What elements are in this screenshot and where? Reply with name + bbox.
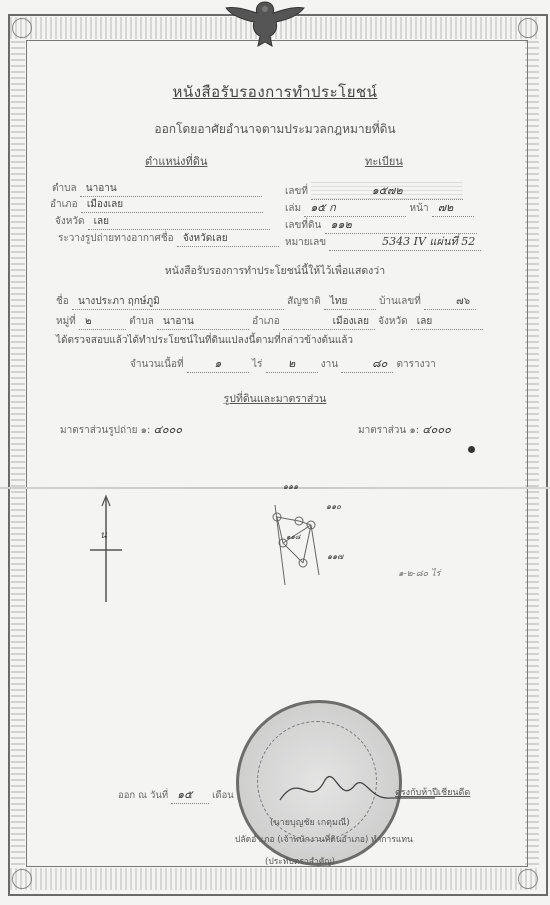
label: ออก ณ วันที่ — [118, 790, 168, 801]
issue-date-row: ออก ณ วันที่ ๑๕ เดือน — [118, 785, 234, 804]
plot-marker-label: ๑๑๘ — [286, 532, 300, 543]
land-plot-sketch — [255, 495, 375, 595]
tambon-value: นาอาน — [80, 181, 262, 197]
signature-scribble — [270, 760, 440, 820]
label: หมายเลข — [285, 237, 326, 248]
sheet-value: 5343 IV แผ่นที่ 52 — [329, 232, 481, 251]
owner-name-value: นางประภา ฤกษ์ภูมิ — [72, 294, 284, 310]
owner-address-row: หมู่ที่ ๒ ตำบล นาอาน อำเภอ เมืองเลย จังห… — [56, 314, 483, 330]
corner-ornament — [12, 869, 32, 889]
document-subtitle: ออกโดยอาศัยอำนาจตามประมวลกฎหมายที่ดิน — [0, 120, 550, 139]
label: สัญชาติ — [287, 296, 321, 307]
location-province-row: จังหวัด เลย — [55, 214, 270, 230]
owner-province-value: เลย — [411, 314, 483, 330]
rai-value: ๑ — [187, 354, 249, 373]
plot-marker-label: ๑๑๗ — [327, 550, 343, 563]
label: ชื่อ — [56, 296, 69, 307]
issue-day-value: ๑๕ — [171, 785, 209, 804]
garuda-emblem-icon — [222, 0, 308, 50]
north-arrow-icon — [88, 490, 128, 605]
label: เลขที่ — [285, 186, 308, 197]
register-sheet-row: หมายเลข 5343 IV แผ่นที่ 52 — [285, 232, 481, 251]
photo-value: จังหวัดเลย — [177, 231, 279, 247]
location-photo-row: ระวางรูปถ่ายทางอากาศชื่อ จังหวัดเลย — [58, 231, 279, 247]
label: เลขที่ดิน — [285, 220, 321, 231]
label: ตารางวา — [397, 359, 436, 370]
label: ไร่ — [252, 359, 262, 370]
house-no-value: ๗๖ — [424, 294, 476, 310]
label: ตำบล — [52, 183, 77, 194]
document-title: หนังสือรับรองการทำประโยชน์ — [0, 80, 550, 104]
label: หน้า — [410, 203, 429, 214]
paper-fold — [0, 487, 550, 489]
plot-marker-label: ๑๑๑ — [283, 480, 298, 493]
label: อำเภอ — [50, 199, 78, 210]
location-amphoe-row: อำเภอ เมืองเลย — [50, 197, 263, 213]
nationality-value: ไทย — [324, 294, 376, 310]
label: เดือน — [212, 790, 234, 801]
label: งาน — [321, 359, 338, 370]
wa-value: ๘๐ — [341, 354, 393, 373]
left-ornament-band — [11, 40, 25, 865]
ink-dot — [468, 446, 475, 453]
amphoe-value: เมืองเลย — [81, 197, 263, 213]
bottom-ornament-band — [10, 868, 540, 890]
certify-line: หนังสือรับรองการทำประโยชน์นี้ให้ไว้เพื่อ… — [0, 262, 550, 279]
statement: ได้ตรวจสอบแล้วได้ทำประโยชน์ในที่ดินแปลงน… — [56, 333, 353, 348]
corner-ornament — [12, 18, 32, 38]
label: อำเภอ — [252, 316, 280, 327]
owner-name-row: ชื่อ นางประภา ฤกษ์ภูมิ สัญชาติ ไทย บ้านเ… — [56, 294, 476, 310]
label: มาตราส่วน ๑: — [358, 425, 419, 436]
photo-scale-value: ๔๐๐๐ — [154, 423, 182, 436]
label: จังหวัด — [378, 316, 407, 327]
north-label: น — [100, 528, 107, 543]
location-tambon-row: ตำบล นาอาน — [52, 181, 262, 197]
area-row: จำนวนเนื้อที่ ๑ ไร่ ๒ งาน ๘๐ ตารางวา — [130, 354, 436, 373]
label: จังหวัด — [55, 216, 84, 227]
map-scale-value: ๔๐๐๐ — [422, 423, 450, 436]
owner-tambon-value: นาอาน — [157, 314, 249, 330]
corner-ornament — [518, 869, 538, 889]
photo-scale: มาตราส่วนรูปถ่าย ๑: ๔๐๐๐ — [60, 420, 182, 438]
signer-position: ปลัดอำเภอ (เจ้าพนักงานที่ดินอำเภอ) ทำการ… — [235, 832, 413, 846]
label: ตำบล — [129, 316, 154, 327]
label: จำนวนเนื้อที่ — [130, 359, 184, 370]
moo-value: ๒ — [79, 314, 126, 330]
plot-marker-label: ๑๑๐ — [326, 500, 341, 513]
corner-ornament — [518, 18, 538, 38]
location-heading: ตำแหน่งที่ดิน — [145, 152, 207, 170]
ngan-value: ๒ — [266, 354, 318, 373]
label: บ้านเลขที่ — [379, 296, 421, 307]
label: ระวางรูปถ่ายทางอากาศชื่อ — [58, 233, 174, 244]
land-certificate-page: หนังสือรับรองการทำประโยชน์ ออกโดยอาศัยอำ… — [0, 0, 550, 905]
register-heading: ทะเบียน — [365, 152, 403, 170]
map-scale: มาตราส่วน ๑: ๔๐๐๐ — [358, 420, 451, 438]
map-heading: รูปที่ดินและมาตราส่วน — [0, 390, 550, 407]
label: มาตราส่วนรูปถ่าย ๑: — [60, 425, 150, 436]
plot-area-note: ๑-๒-๘๐ ไร่ — [398, 566, 440, 580]
seal-note: (ประทับตราสำคัญ) — [265, 854, 335, 868]
province-value: เลย — [88, 214, 270, 230]
label: หมู่ที่ — [56, 316, 76, 327]
label: เล่ม — [285, 203, 301, 214]
owner-amphoe-value: เมืองเลย — [283, 314, 375, 330]
